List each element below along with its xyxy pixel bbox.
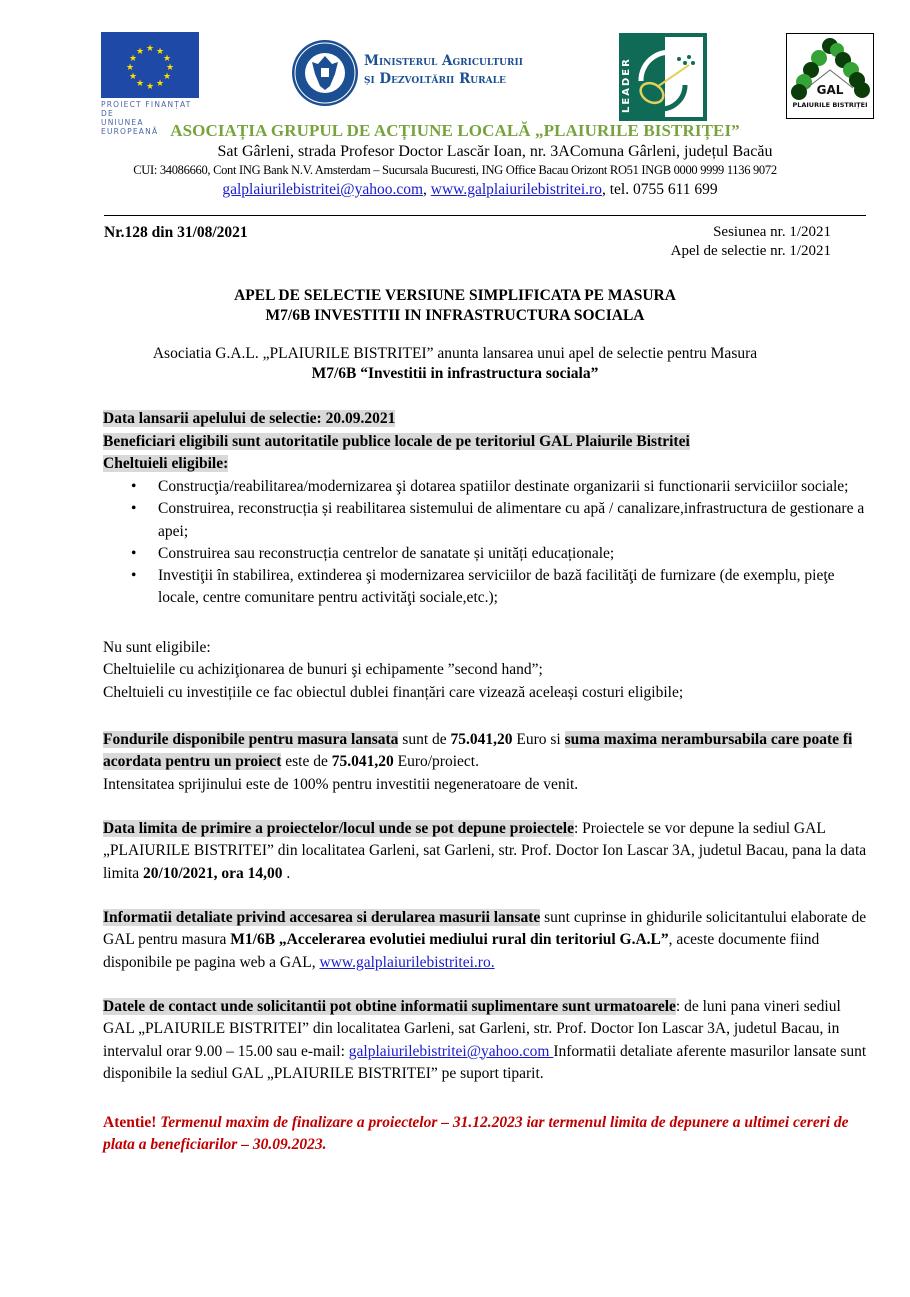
list-item: Construcţia/reabilitarea/modernizarea şi… [158, 476, 875, 498]
website-link[interactable]: www.galplaiurilebistritei.ro. [320, 954, 495, 971]
eu-logo: ★★★ ★★★ ★★★ ★★★ PROIECT FINANȚAT DE UNIU… [101, 32, 201, 118]
session-number: Sesiunea nr. 1/2021 [713, 224, 831, 241]
association-bank-info: CUI: 34086660, Cont ING Bank N.V. Amster… [0, 163, 910, 178]
email-link[interactable]: galplaiurilebistritei@yahoo.com [349, 1043, 554, 1060]
deadline-date: 20/10/2021, ora 14,00 [143, 865, 283, 882]
svg-text:★: ★ [136, 47, 144, 57]
funds-amount: 75.041,20 [451, 731, 513, 748]
svg-text:★: ★ [146, 82, 154, 92]
not-eligible-heading: Nu sunt eligibile: [103, 637, 873, 659]
eu-flag-icon: ★★★ ★★★ ★★★ ★★★ [101, 32, 199, 98]
svg-text:LEADER: LEADER [621, 57, 632, 113]
launch-date: Data lansarii apelului de selectie: 20.0… [103, 408, 873, 430]
ministry-logo: Ministerul Agriculturii și Dezvoltării R… [292, 40, 562, 110]
document-title: APEL DE SELECTIE VERSIUNE SIMPLIFICATA P… [0, 286, 910, 326]
submission-deadline: Data limita de primire a proiectelor/loc… [103, 818, 873, 885]
not-eligible-section: Nu sunt eligibile: Cheltuielile cu achiz… [103, 637, 873, 704]
eligible-expenses-heading: Cheltuieli eligibile: [103, 453, 873, 475]
svg-text:★: ★ [146, 44, 154, 54]
document-number: Nr.128 din 31/08/2021 [104, 224, 248, 242]
list-item: Construirea, reconstrucția și reabilitar… [158, 498, 875, 543]
phone: , tel. 0755 611 699 [602, 181, 718, 198]
gal-trees-icon: GAL PLAIURILE BISTRIȚEI [787, 34, 873, 118]
ministry-name: Ministerul Agriculturii și Dezvoltării R… [364, 52, 523, 88]
leader-logo-icon: LEADER [619, 33, 707, 121]
svg-text:★: ★ [156, 79, 164, 89]
max-grant-amount: 75.041,20 [332, 753, 394, 770]
detailed-information: Informatii detaliate privind accesarea s… [103, 907, 873, 974]
association-contact: galplaiurilebistritei@yahoo.com, www.gal… [0, 181, 910, 199]
eligible-expenses-list: Construcţia/reabilitarea/modernizarea şi… [103, 476, 875, 610]
contact-details: Datele de contact unde solicitantii pot … [103, 996, 873, 1085]
email-link[interactable]: galplaiurilebistritei@yahoo.com [222, 181, 423, 198]
website-link[interactable]: www.galplaiurilebistritei.ro [431, 181, 602, 198]
svg-text:★: ★ [126, 63, 134, 73]
eligible-beneficiaries: Beneficiari eligibili sunt autoritatile … [103, 431, 873, 453]
intro-paragraph: Asociatia G.A.L. „PLAIURILE BISTRITEI” a… [0, 344, 910, 384]
available-funds: Fondurile disponibile pentru masura lans… [103, 729, 873, 796]
list-item: Cheltuielile cu achiziţionarea de bunuri… [103, 659, 873, 681]
svg-text:★: ★ [163, 72, 171, 82]
list-item: Investiţii în stabilirea, extinderea şi … [158, 565, 875, 610]
svg-text:★: ★ [129, 72, 137, 82]
list-item: Cheltuieli cu investițiile ce fac obiect… [103, 682, 873, 704]
call-number: Apel de selectie nr. 1/2021 [671, 243, 831, 260]
gal-logo: GAL PLAIURILE BISTRIȚEI [786, 33, 874, 119]
svg-text:GAL: GAL [817, 83, 844, 97]
svg-text:★: ★ [136, 79, 144, 89]
association-name: ASOCIAȚIA GRUPUL DE ACȚIUNE LOCALĂ „PLAI… [0, 121, 910, 141]
support-intensity: Intensitatea sprijinului este de 100% pe… [103, 774, 873, 796]
association-address: Sat Gârleni, strada Profesor Doctor Lasc… [0, 143, 910, 161]
header-divider [104, 215, 866, 216]
attention-note: Atentie! Termenul maxim de finalizare a … [103, 1112, 873, 1157]
list-item: Construirea sau reconstrucția centrelor … [158, 543, 875, 565]
romanian-government-seal-icon [292, 40, 358, 106]
svg-text:PLAIURILE BISTRIȚEI: PLAIURILE BISTRIȚEI [792, 101, 867, 110]
